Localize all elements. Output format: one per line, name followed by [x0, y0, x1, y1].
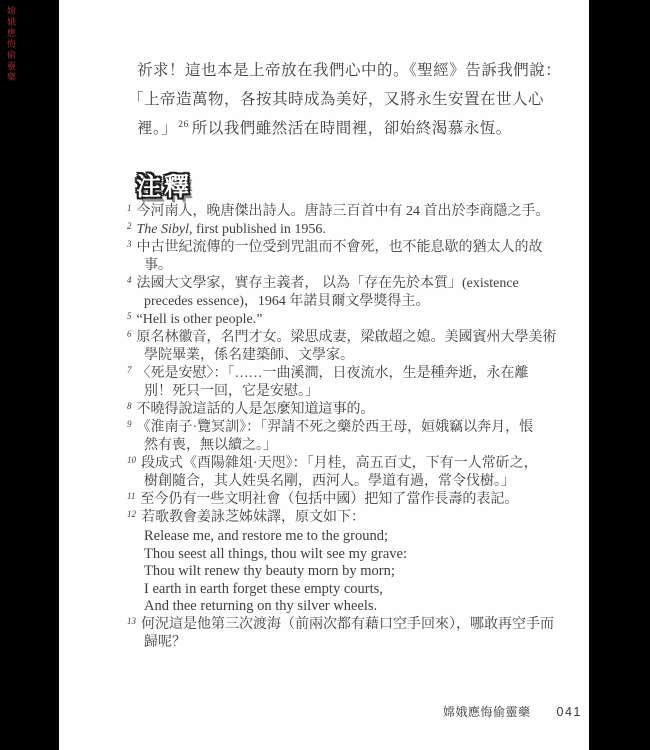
footnote-text: 何況這是他第三次渡海（前兩次都有藉口空手回來），哪敢再空手而 歸呢？ — [141, 617, 554, 650]
footnote-text: 中古世紀流傳的一位受到咒詛而不會死，也不能息歇的猶太人的故 事。 — [137, 240, 543, 273]
footnote-item: 11至今仍有一些文明社會（包括中國）把知了當作長壽的表記。 — [127, 491, 585, 509]
footnote-text: 原名林徽音，名門才女。梁思成妻，梁啟超之媳。美國賓州大學美術 學院畢業，係名建築… — [137, 330, 557, 363]
footnote-number: 2 — [127, 221, 132, 231]
footer-chapter-title: 嫦娥應悔偷靈藥 — [443, 703, 531, 720]
body-line3-pre: 裡。」 — [137, 120, 177, 137]
footnote-item: 6原名林徽音，名門才女。梁思成妻，梁啟超之媳。美國賓州大學美術 學院畢業，係名建… — [127, 329, 585, 365]
footnote-item: 12若歌教會姜詠芝姊妹譯，原文如下：Release me, and restor… — [127, 509, 585, 616]
footnote-ref-26: 26 — [178, 120, 189, 130]
page-footer: 嫦娥應悔偷靈藥 041 — [443, 703, 582, 720]
footnote-text: 《淮南子·覽冥訓》：「羿請不死之藥於西王母，姮娥竊以奔月，悵 然有喪，無以續之。… — [137, 420, 534, 453]
body-line: 裡。」26所以我們雖然活在時間裡，卻始終渴慕永恆。 — [137, 114, 589, 146]
footnote-item: 8不曉得說這話的人是怎麼知道這事的。 — [127, 401, 585, 419]
footnote-text: 至今仍有一些文明社會（包括中國）把知了當作長壽的表記。 — [140, 492, 518, 507]
body-line: 「上帝造萬物，各按其時成為美好，又將永生安置在世人心 — [128, 85, 589, 114]
footnote-number: 5 — [127, 311, 132, 321]
footnote-item: 10段成式《酉陽雜俎·天咫》：「月桂，高五百丈，下有一人常斫之， 樹創隨合，其人… — [127, 455, 585, 491]
footnote-item: 4法國大文學家，實存主義者， 以為「存在先於本質」(existence prec… — [127, 275, 585, 311]
footnote-list: 1今河南人，晚唐傑出詩人。唐詩三百首中有 24 首出於李商隱之手。2The Si… — [127, 203, 585, 652]
footnote-italic-title: The Sibyl — [137, 222, 190, 237]
notes-section-header: 注釋 — [136, 167, 192, 203]
footnote-text: 不曉得說這話的人是怎麼知道這事的。 — [137, 402, 375, 417]
footer-page-number: 041 — [557, 705, 582, 719]
footnote-number: 12 — [127, 509, 136, 519]
footnote-item: 7〈死是安慰〉：「……一曲溪澗，日夜流水，生是種奔逝，永在離 別！死只一回，它是… — [127, 365, 585, 401]
footnote-text: 〈死是安慰〉：「……一曲溪澗，日夜流水，生是種奔逝，永在離 別！死只一回，它是安… — [137, 366, 529, 399]
footnote-verse: Release me, and restore me to the ground… — [144, 528, 585, 616]
footnote-text: 今河南人，晚唐傑出詩人。唐詩三百首中有 24 首出於李商隱之手。 — [137, 204, 550, 219]
footnote-text: 若歌教會姜詠芝姊妹譯，原文如下： — [141, 510, 365, 525]
body-line3-post: 所以我們雖然活在時間裡，卻始終渴慕永恆。 — [192, 120, 512, 137]
footnote-text: “Hell is other people.” — [137, 312, 263, 327]
book-page: 祈求！這也本是上帝放在我們心中的。《聖經》告訴我們說： 「上帝造萬物，各按其時成… — [59, 0, 589, 750]
footnote-number: 6 — [127, 329, 132, 339]
footnote-item: 13何況這是他第三次渡海（前兩次都有藉口空手回來），哪敢再空手而 歸呢？ — [127, 616, 585, 652]
footnote-number: 1 — [127, 203, 132, 213]
footnote-item: 2The Sibyl, first published in 1956. — [127, 221, 585, 239]
spine-chapter-label: 嫦娥應悔偷靈藥 — [6, 6, 16, 83]
body-line: 祈求！這也本是上帝放在我們心中的。《聖經》告訴我們說： — [137, 56, 589, 85]
footnote-number: 3 — [127, 239, 132, 249]
footnote-number: 10 — [127, 455, 136, 465]
footnote-number: 9 — [127, 419, 132, 429]
footnote-number: 4 — [127, 275, 132, 285]
body-paragraph: 祈求！這也本是上帝放在我們心中的。《聖經》告訴我們說： 「上帝造萬物，各按其時成… — [137, 56, 589, 146]
footnote-number: 13 — [127, 616, 136, 626]
left-frame-bar: 嫦娥應悔偷靈藥 — [0, 0, 59, 750]
footnote-text: , first published in 1956. — [189, 222, 326, 237]
footnote-item: 1今河南人，晚唐傑出詩人。唐詩三百首中有 24 首出於李商隱之手。 — [127, 203, 585, 221]
book-page-screenshot: { "side_tab": { "label": "嫦娥應悔偷靈藥" }, "b… — [0, 0, 650, 750]
footnote-item: 5“Hell is other people.” — [127, 311, 585, 329]
footnote-number: 7 — [127, 365, 132, 375]
footnote-item: 9《淮南子·覽冥訓》：「羿請不死之藥於西王母，姮娥竊以奔月，悵 然有喪，無以續之… — [127, 419, 585, 455]
footnote-text: 法國大文學家，實存主義者， 以為「存在先於本質」(existence prece… — [137, 276, 519, 309]
footnote-item: 3中古世紀流傳的一位受到咒詛而不會死，也不能息歇的猶太人的故 事。 — [127, 239, 585, 275]
footnote-number: 8 — [127, 401, 132, 411]
footnote-number: 11 — [127, 491, 135, 501]
right-frame-bar — [589, 0, 650, 750]
footnote-text: 段成式《酉陽雜俎·天咫》：「月桂，高五百丈，下有一人常斫之， 樹創隨合，其人姓吳… — [141, 456, 538, 489]
